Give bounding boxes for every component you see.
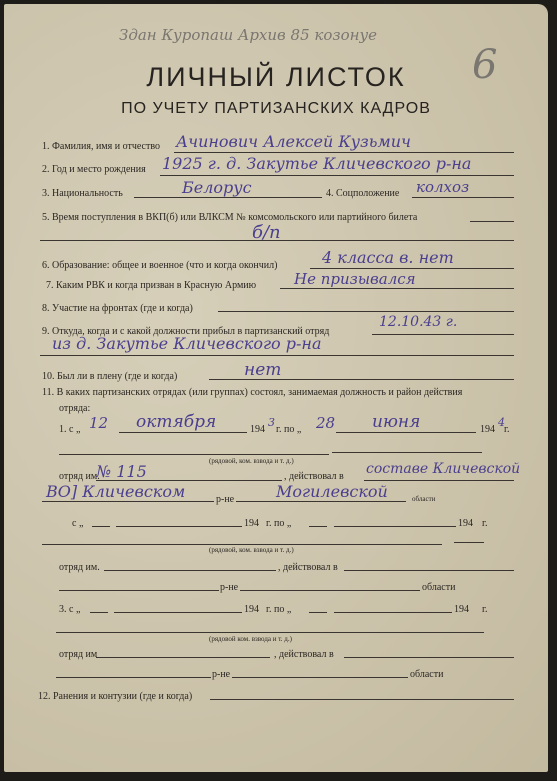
det1-g: г. [504, 424, 509, 435]
det3-day-line [90, 612, 108, 613]
field-11-label: 11. В каких партизанских отрядах (или гр… [42, 387, 462, 398]
det1-to-month: июня [372, 412, 420, 432]
det3-prefix: 3. с „ [59, 604, 80, 615]
page-title: ЛИЧНЫЙ ЛИСТОК [4, 62, 548, 93]
det3-oblast-line [232, 677, 408, 678]
det1-deistvoval-label: , действовал в [284, 471, 344, 482]
det1-from-month: октября [136, 412, 216, 432]
field-4-line [412, 197, 514, 198]
field-9-line-b [40, 355, 514, 356]
det2-day-line [92, 526, 110, 527]
det1-po: г. по „ [276, 424, 301, 435]
det1-position-line-b [332, 452, 482, 453]
field-10-line [209, 379, 514, 380]
field-6-value: 4 класса в. нет [322, 248, 454, 267]
det1-position-line-a [59, 454, 329, 455]
field-5-line-b [40, 240, 514, 241]
field-9-value: из д. Закутье Кличевского р-на [52, 334, 322, 353]
det3-year: 194 [244, 604, 259, 615]
field-4-label: 4. Соцположение [326, 188, 399, 199]
det3-otryad-label: отряд им [59, 649, 97, 660]
det2-to-month-line [334, 526, 456, 527]
field-2-value: 1925 г. д. Закутье Кличевского р-на [162, 154, 471, 173]
det1-rayon-label: р-не [216, 494, 234, 505]
det3-po: г. по „ [266, 604, 291, 615]
det3-month-line [114, 612, 242, 613]
det1-otryad-line [96, 480, 282, 481]
det2-rayon-label: р-не [220, 582, 238, 593]
det3-otryad-line [96, 657, 270, 658]
field-1-line [174, 152, 514, 153]
det3-to-month-line [334, 612, 452, 613]
det3-rayon-line-a [56, 677, 211, 678]
field-8-label: 8. Участие на фронтах (где и когда) [42, 303, 193, 314]
det2-month-line [116, 526, 242, 527]
field-2-line [160, 175, 514, 176]
field-10-label: 10. Был ли в плену (где и когда) [42, 371, 177, 382]
det1-year-prefix: 194 [250, 424, 265, 435]
det1-to-day: 28 [316, 414, 335, 432]
det3-position-hint: (рядовой ком. взвода и т. д.) [209, 635, 292, 643]
det2-oblast-label: области [422, 582, 455, 593]
field-7-line [280, 288, 514, 289]
det1-otryad-label: отряд им. [59, 471, 100, 482]
field-7-label: 7. Каким РВК и когда призван в Красную А… [46, 280, 256, 291]
field-12-label: 12. Ранения и контузии (где и когда) [38, 691, 192, 702]
field-3-value: Белорус [182, 178, 252, 197]
det1-deistvoval-line [364, 480, 514, 481]
det1-year-digit: 3 [268, 416, 275, 429]
field-1-value: Ачинович Алексей Кузьмич [176, 132, 411, 151]
det1-line2-line [42, 501, 214, 502]
det2-deistvoval-label: , действовал в [278, 562, 338, 573]
det1-deistvoval-value: составе Кличевской [366, 461, 520, 477]
page-subtitle: ПО УЧЕТУ ПАРТИЗАНСКИХ КАДРОВ [4, 100, 548, 118]
det1-from-day: 12 [89, 414, 108, 432]
det2-year: 194 [244, 518, 259, 529]
pencil-archive-note: Здан Куропаш Архив 85 козонуе [119, 26, 377, 44]
det1-prefix: 1. с „ [59, 424, 80, 435]
det3-to-day-line [309, 612, 327, 613]
field-5-label: 5. Время поступления в ВКП(б) или ВЛКСМ … [42, 212, 417, 223]
det2-position-line-a [42, 544, 442, 545]
det2-po: г. по „ [266, 518, 291, 529]
det1-to-line [336, 432, 476, 433]
det2-oblast-line [240, 590, 420, 591]
det3-g: г. [482, 604, 487, 615]
det3-position-line [56, 632, 484, 633]
det2-position-hint: (рядовой, ком. взвода и т. д.) [209, 546, 294, 554]
det2-deistvoval-line [344, 570, 514, 571]
field-12-line [210, 699, 514, 700]
field-7-value: Не призывался [294, 270, 416, 288]
det3-oblast-label: области [410, 669, 443, 680]
det2-position-line-b [454, 542, 484, 543]
det1-line2-value: ВО] Кличевском [46, 482, 185, 501]
det1-oblast-line [236, 501, 406, 502]
det3-deistvoval-line [344, 657, 514, 658]
det2-rayon-line-a [59, 590, 219, 591]
field-9-line-a [372, 334, 514, 335]
det1-position-hint: (рядовой, ком. взвода и т. д.) [209, 457, 294, 465]
det1-oblast-label: области [412, 495, 435, 503]
det2-otryad-label: отряд им. [59, 562, 100, 573]
det1-oblast-value: Могилевской [276, 482, 388, 501]
field-6-line [310, 268, 514, 269]
det1-otryad-value: № 115 [96, 462, 147, 481]
det2-to-day-line [309, 526, 327, 527]
det2-prefix: с „ [72, 518, 83, 529]
field-9-date: 12.10.43 г. [379, 314, 457, 330]
document-sheet: Здан Куропаш Архив 85 козонуе 6 ЛИЧНЫЙ Л… [4, 4, 548, 772]
det2-otryad-line [104, 570, 276, 571]
det1-from-line [119, 432, 247, 433]
field-3-line [134, 197, 322, 198]
field-5-line-a [470, 221, 514, 222]
field-2-label: 2. Год и место рождения [42, 164, 146, 175]
det3-to-year: 194 [454, 604, 469, 615]
det1-to-year-prefix: 194 [480, 424, 495, 435]
det2-g: г. [482, 518, 487, 529]
det3-deistvoval-label: , действовал в [274, 649, 334, 660]
field-10-value: нет [244, 360, 281, 380]
det3-rayon-label: р-не [212, 669, 230, 680]
field-1-label: 1. Фамилия, имя и отчество [42, 141, 160, 152]
field-6-label: 6. Образование: общее и военное (что и к… [42, 260, 277, 271]
det2-to-year: 194 [458, 518, 473, 529]
field-3-label: 3. Национальность [42, 188, 123, 199]
field-11-label-b: отряда: [59, 403, 90, 414]
field-8-line [218, 311, 514, 312]
field-4-value: колхоз [416, 178, 469, 196]
